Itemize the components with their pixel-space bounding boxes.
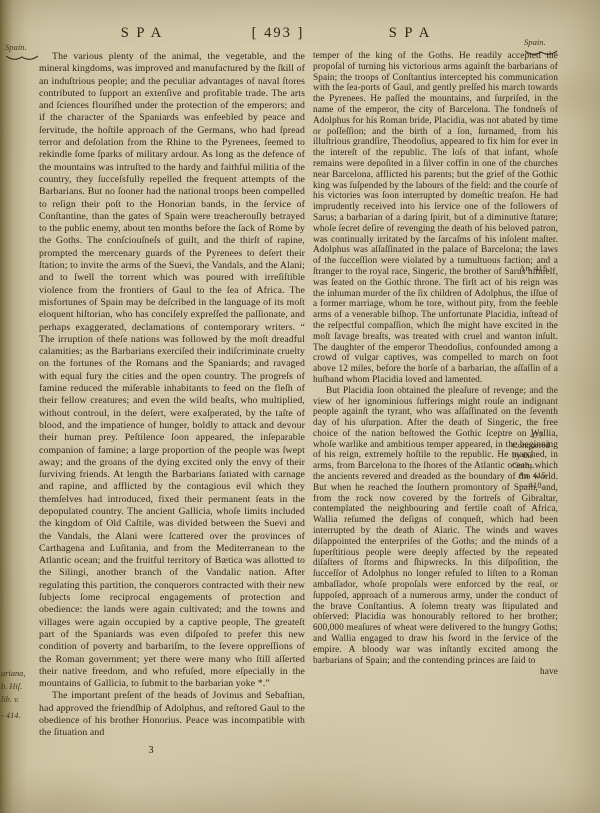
margin-note-line: lib. v. — [1, 693, 25, 706]
margin-note-label: Spain. — [5, 42, 39, 52]
signature-mark: 3 — [136, 745, 166, 756]
paragraph: temper of the king of the Goths. He read… — [313, 51, 558, 386]
margin-note-line: ariana, — [1, 667, 25, 680]
running-head-left: S P A — [121, 25, 164, 42]
text-column-right: temper of the king of the Goths. He read… — [313, 51, 558, 678]
paragraph: The various plenty of the animal, the ve… — [39, 51, 305, 690]
text-column-left: The various plenty of the animal, the ve… — [39, 51, 305, 740]
margin-note-line: b. Hiſ. — [1, 680, 25, 693]
margin-note-label: Spain. — [524, 37, 558, 47]
margin-note-line: - 414. — [1, 709, 25, 722]
running-head-right: S P A — [389, 25, 432, 42]
paragraph: The important preſent of the heads of Jo… — [39, 690, 305, 739]
catchword: have — [313, 667, 558, 678]
margin-note-citation: ariana, b. Hiſ. lib. v. - 414. — [1, 667, 25, 722]
flourish-brace-icon — [5, 53, 39, 63]
paragraph: But Placidia ſoon obtained the pleaſure … — [313, 386, 558, 667]
margin-note-spain-left: Spain. — [5, 42, 39, 63]
page-number: [ 493 ] — [252, 25, 305, 42]
book-page-scan: S P A [ 493 ] S P A Spain. Spain. An. 41… — [0, 0, 600, 813]
